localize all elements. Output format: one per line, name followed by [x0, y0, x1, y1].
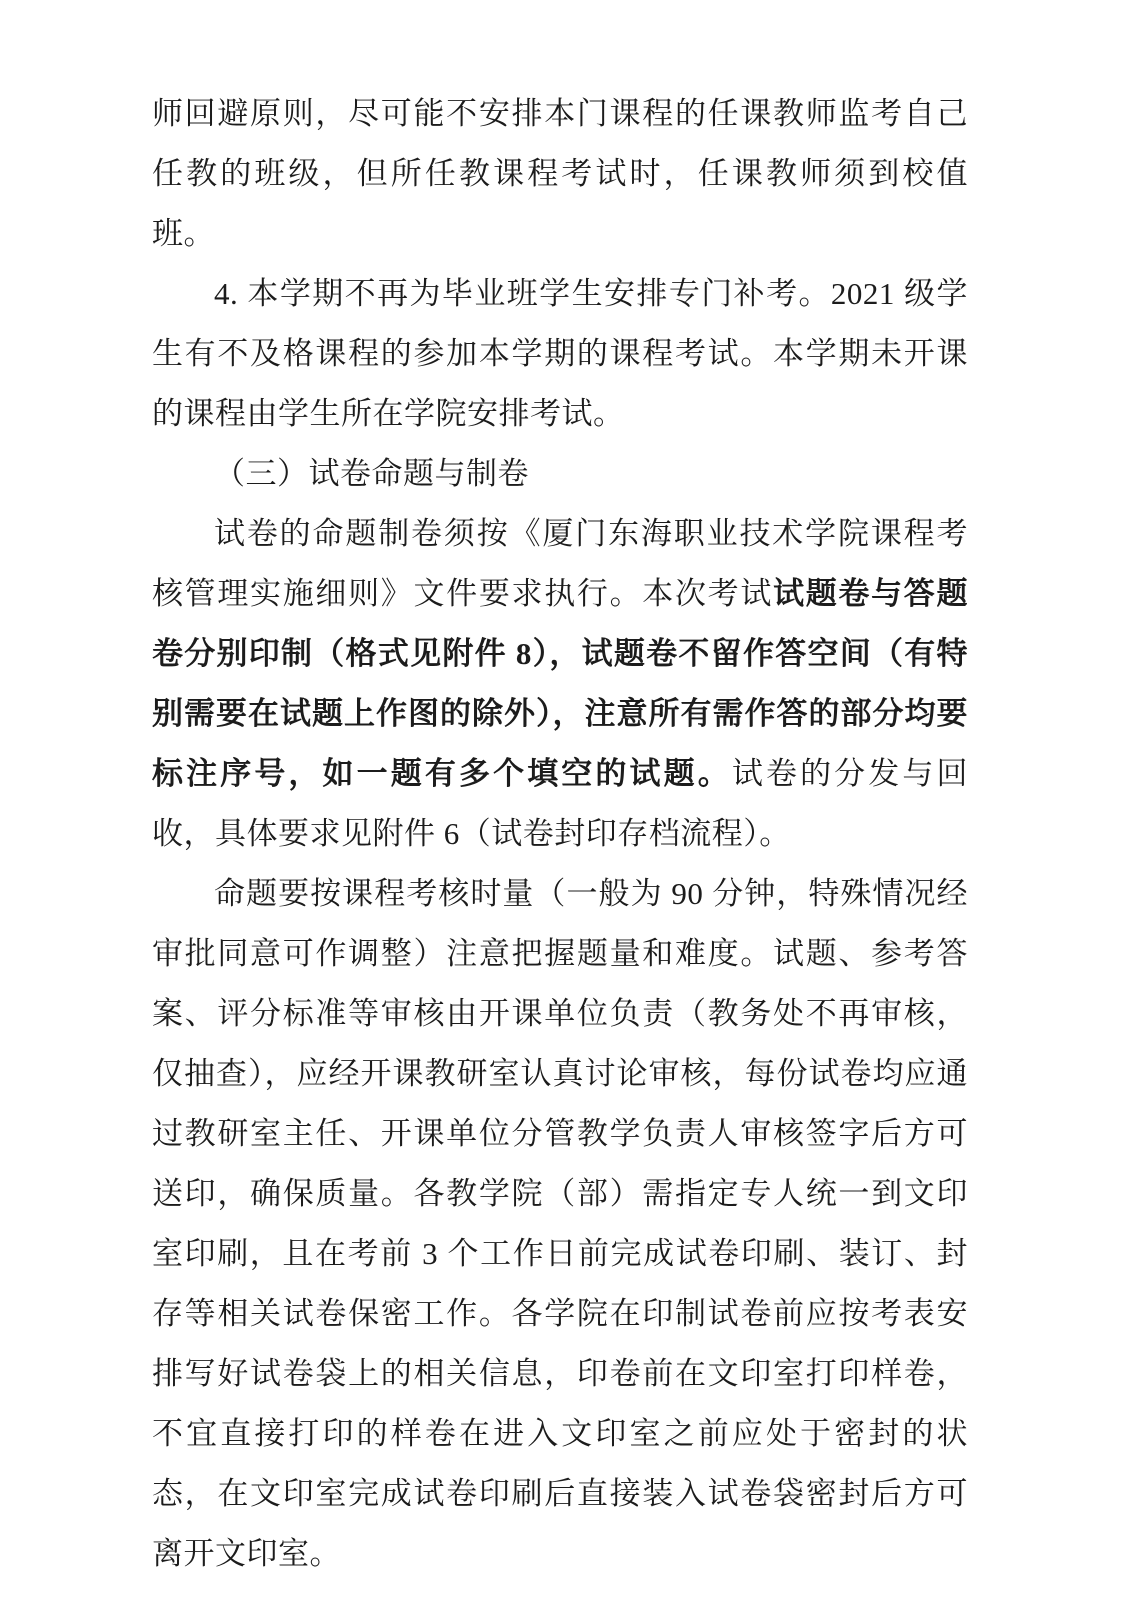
- heading-text: （三）试卷命题与制卷: [214, 456, 529, 491]
- text-run: 4. 本学期不再为毕业班学生安排专门补考。2021 级学生有不及格课程的参加本学…: [152, 276, 968, 431]
- text-run: 命题要按课程考核时量（一般为 90 分钟，特殊情况经审批同意可作调整）注意把握题…: [152, 876, 968, 1571]
- section-heading-paper-setting-and-printing: （三）试卷命题与制卷: [152, 444, 968, 504]
- text-run: 师回避原则，尽可能不安排本门课程的任课教师监考自己任教的班级，但所任教课程考试时…: [152, 96, 968, 251]
- document-text-block: 师回避原则，尽可能不安排本门课程的任课教师监考自己任教的班级，但所任教课程考试时…: [152, 84, 968, 1584]
- paragraph-teacher-recusal-continuation: 师回避原则，尽可能不安排本门课程的任课教师监考自己任教的班级，但所任教课程考试时…: [152, 84, 968, 264]
- paragraph-item-4-makeup-exams: 4. 本学期不再为毕业班学生安排专门补考。2021 级学生有不及格课程的参加本学…: [152, 264, 968, 444]
- document-page: 师回避原则，尽可能不安排本门课程的任课教师监考自己任教的班级，但所任教课程考试时…: [0, 0, 1131, 1600]
- paragraph-paper-setting-rules: 试卷的命题制卷须按《厦门东海职业技术学院课程考核管理实施细则》文件要求执行。本次…: [152, 504, 968, 864]
- paragraph-proposition-review-and-printing: 命题要按课程考核时量（一般为 90 分钟，特殊情况经审批同意可作调整）注意把握题…: [152, 864, 968, 1584]
